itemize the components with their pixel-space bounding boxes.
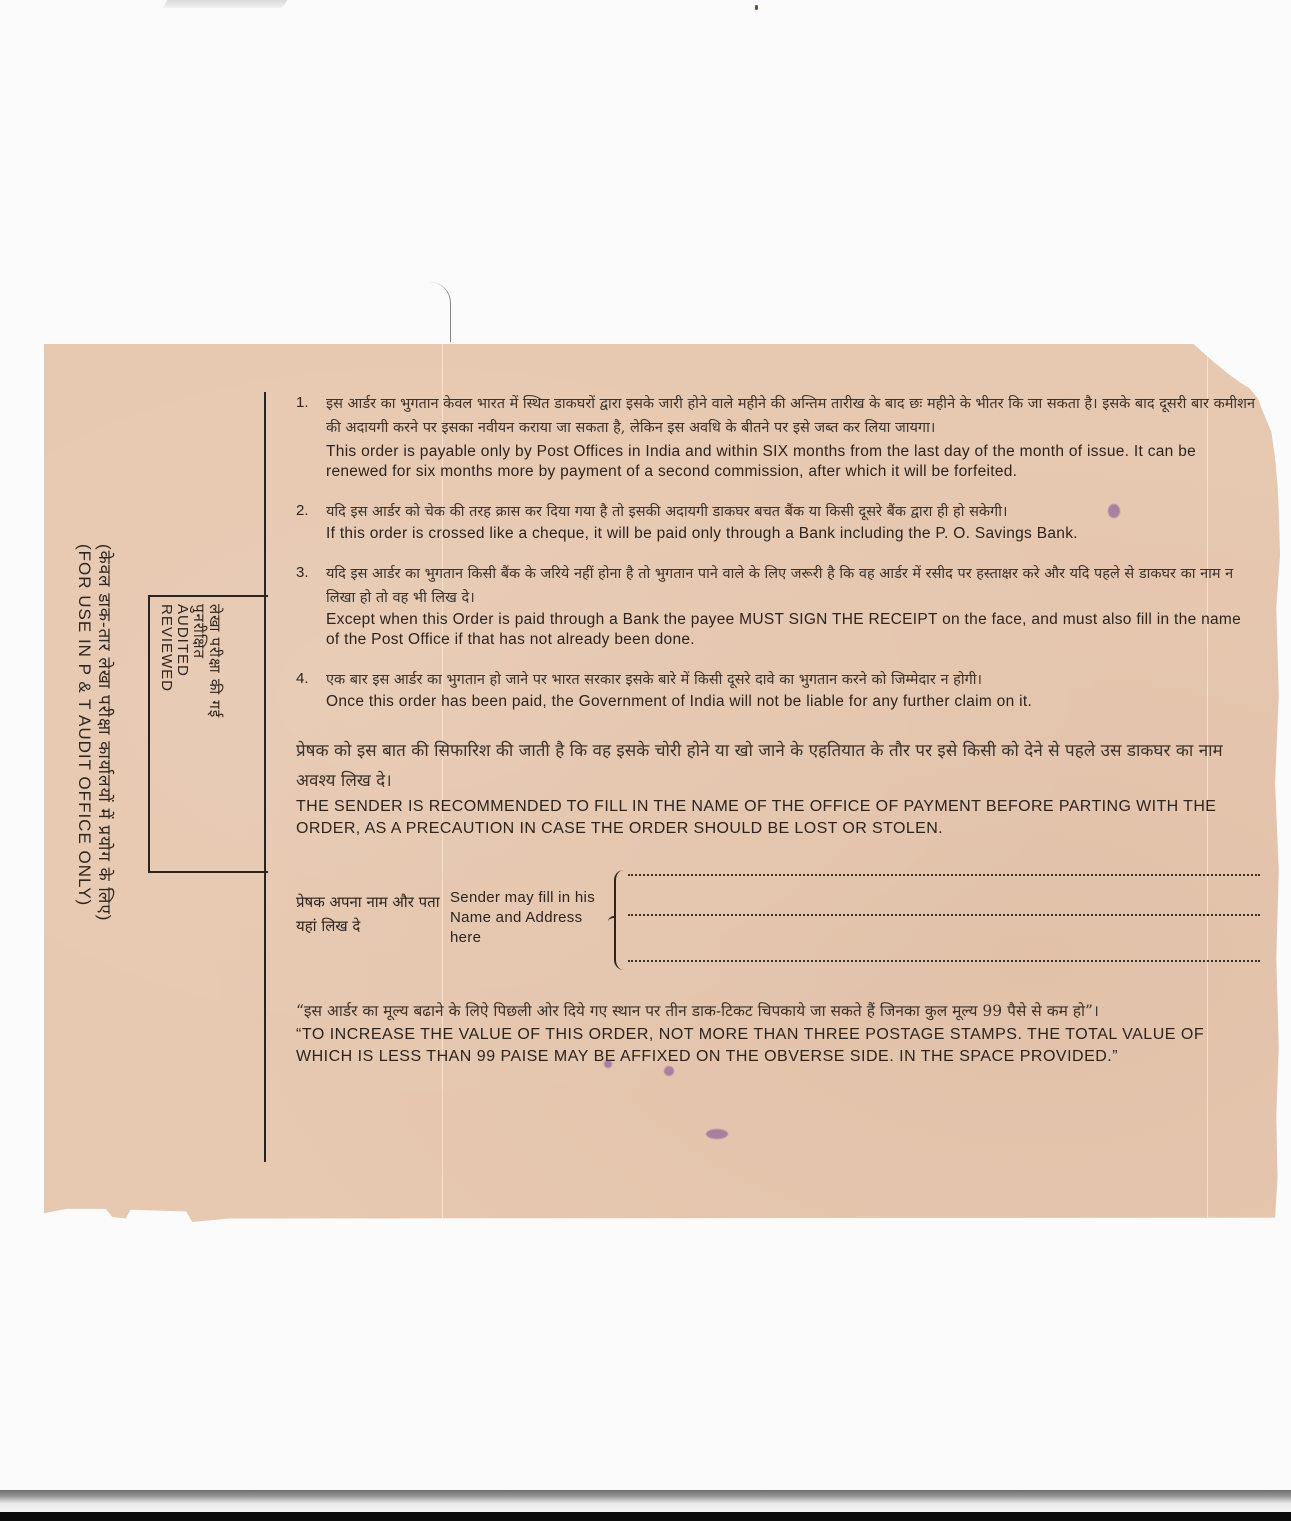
audit-office-note-english: (FOR USE IN P & T AUDIT OFFICE ONLY) — [74, 544, 94, 921]
address-line-1[interactable] — [628, 874, 1260, 876]
condition-3: 3. यदि इस आर्डर का भुगतान किसी बैंक के ज… — [296, 562, 1256, 650]
scan-speck — [755, 5, 758, 10]
ink-stain — [604, 1060, 612, 1068]
ink-stain — [1108, 504, 1120, 518]
sender-label-english: Sender may fill in his Name and Address … — [450, 888, 610, 948]
condition-1: 1. इस आर्डर का भुगतान केवल भारत में स्थि… — [296, 392, 1256, 482]
scan-artifact-curl — [163, 0, 288, 8]
address-line-2[interactable] — [628, 914, 1260, 916]
condition-number: 1. — [296, 394, 309, 411]
scanner-border — [0, 1512, 1291, 1521]
conditions-panel: 1. इस आर्डर का भुगतान केवल भारत में स्थि… — [296, 392, 1256, 1068]
condition-hindi: इस आर्डर का भुगतान केवल भारत में स्थित ड… — [326, 392, 1256, 440]
condition-number: 4. — [296, 670, 309, 687]
ink-stain — [664, 1066, 674, 1076]
condition-english: Except when this Order is paid through a… — [326, 610, 1256, 650]
condition-4: 4. एक बार इस आर्डर का भुगतान हो जाने पर … — [296, 668, 1256, 712]
audit-english-2: REVIEWED — [158, 604, 174, 718]
condition-english: Once this order has been paid, the Gover… — [326, 692, 1256, 712]
audit-office-note-hindi: (केवल डाक-तार लेखा परीक्षा कार्यालयों मे… — [94, 544, 114, 921]
condition-english: If this order is crossed like a cheque, … — [326, 524, 1256, 544]
audit-office-note: (केवल डाक-तार लेखा परीक्षा कार्यालयों मे… — [74, 544, 114, 921]
audit-hindi-2: पुनरीक्षित — [190, 604, 206, 718]
recommendation-hindi: प्रेषक को इस बात की सिफारिश की जाती है क… — [296, 736, 1256, 796]
recommendation-english: THE SENDER IS RECOMMENDED TO FILL IN THE… — [296, 796, 1256, 840]
audit-hindi-1: लेखा परीक्षा की गई — [206, 604, 222, 718]
address-line-3[interactable] — [628, 960, 1260, 962]
sender-label-hindi: प्रेषक अपना नाम और पता यहां लिख दे — [296, 890, 446, 938]
sender-recommendation: प्रेषक को इस बात की सिफारिश की जाती है क… — [296, 736, 1256, 840]
money-order-form: लेखा परीक्षा की गई पुनरीक्षित AUDITED RE… — [44, 344, 1280, 1222]
stamps-note-hindi: “इस आर्डर का मूल्य बढाने के लिऐ पिछली ओर… — [296, 998, 1256, 1024]
stamps-note-english: “TO INCREASE THE VALUE OF THIS ORDER, NO… — [296, 1024, 1256, 1068]
stamps-note: “इस आर्डर का मूल्य बढाने के लिऐ पिछली ओर… — [296, 998, 1256, 1068]
sender-address-block: प्रेषक अपना नाम और पता यहां लिख दे Sende… — [296, 864, 1256, 972]
audit-box-text: लेखा परीक्षा की गई पुनरीक्षित AUDITED RE… — [158, 604, 222, 718]
ink-stain — [706, 1129, 728, 1139]
scanner-lid-edge — [0, 1490, 1291, 1512]
audit-english-1: AUDITED — [174, 604, 190, 718]
condition-english: This order is payable only by Post Offic… — [326, 442, 1256, 482]
scan-hair — [430, 282, 451, 342]
condition-hindi: एक बार इस आर्डर का भुगतान हो जाने पर भार… — [326, 668, 1256, 692]
brace-icon — [614, 870, 628, 970]
condition-number: 2. — [296, 502, 309, 519]
condition-hindi: यदि इस आर्डर का भुगतान किसी बैंक के जरिय… — [326, 562, 1256, 610]
condition-number: 3. — [296, 564, 309, 581]
